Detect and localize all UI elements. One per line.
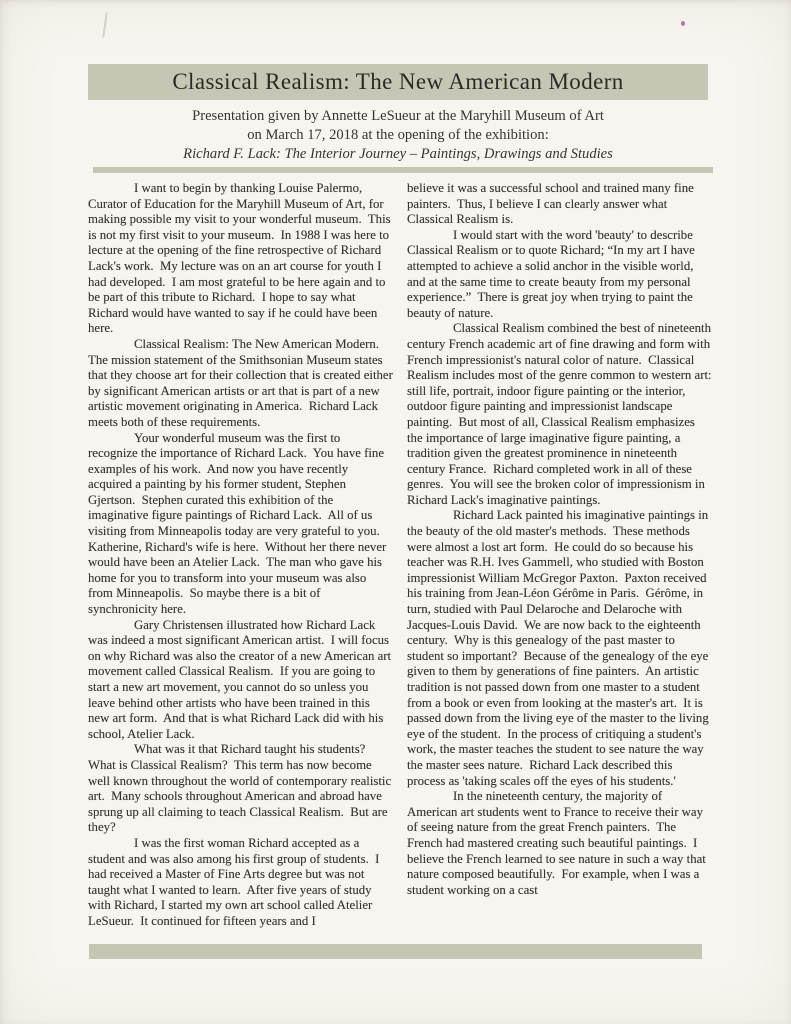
paragraph: I was the first woman Richard accepted a… (88, 836, 393, 930)
subtitle-block: Presentation given by Annette LeSueur at… (88, 107, 708, 164)
scan-scratch-artifact (102, 12, 107, 38)
exhibition-title: Richard F. Lack: The Interior Journey – … (88, 145, 708, 164)
page-title: Classical Realism: The New American Mode… (172, 69, 623, 95)
paragraph: I want to begin by thanking Louise Paler… (88, 181, 393, 337)
subtitle-line-1: Presentation given by Annette LeSueur at… (88, 107, 708, 126)
right-column: believe it was a successful school and t… (407, 181, 712, 930)
paragraph: Richard Lack painted his imaginative pai… (407, 508, 712, 789)
scan-ink-speck-artifact (681, 21, 685, 26)
paragraph: Classical Realism combined the best of n… (407, 321, 712, 508)
paragraph: Your wonderful museum was the first to r… (88, 431, 393, 618)
two-column-text: I want to begin by thanking Louise Paler… (88, 181, 712, 930)
subtitle-line-2: on March 17, 2018 at the opening of the … (88, 126, 708, 145)
paragraph: What was it that Richard taught his stud… (88, 742, 393, 836)
title-band: Classical Realism: The New American Mode… (88, 64, 708, 100)
paragraph: In the nineteenth century, the majority … (407, 789, 712, 898)
paragraph: Classical Realism: The New American Mode… (88, 337, 393, 431)
paragraph: I would start with the word 'beauty' to … (407, 228, 712, 322)
left-column: I want to begin by thanking Louise Paler… (88, 181, 393, 930)
divider-rule (93, 167, 713, 173)
paragraph-continuation: believe it was a successful school and t… (407, 181, 712, 228)
bottom-rule (89, 944, 702, 959)
paragraph: Gary Christensen illustrated how Richard… (88, 618, 393, 743)
scanned-document-page: Classical Realism: The New American Mode… (0, 0, 791, 1024)
